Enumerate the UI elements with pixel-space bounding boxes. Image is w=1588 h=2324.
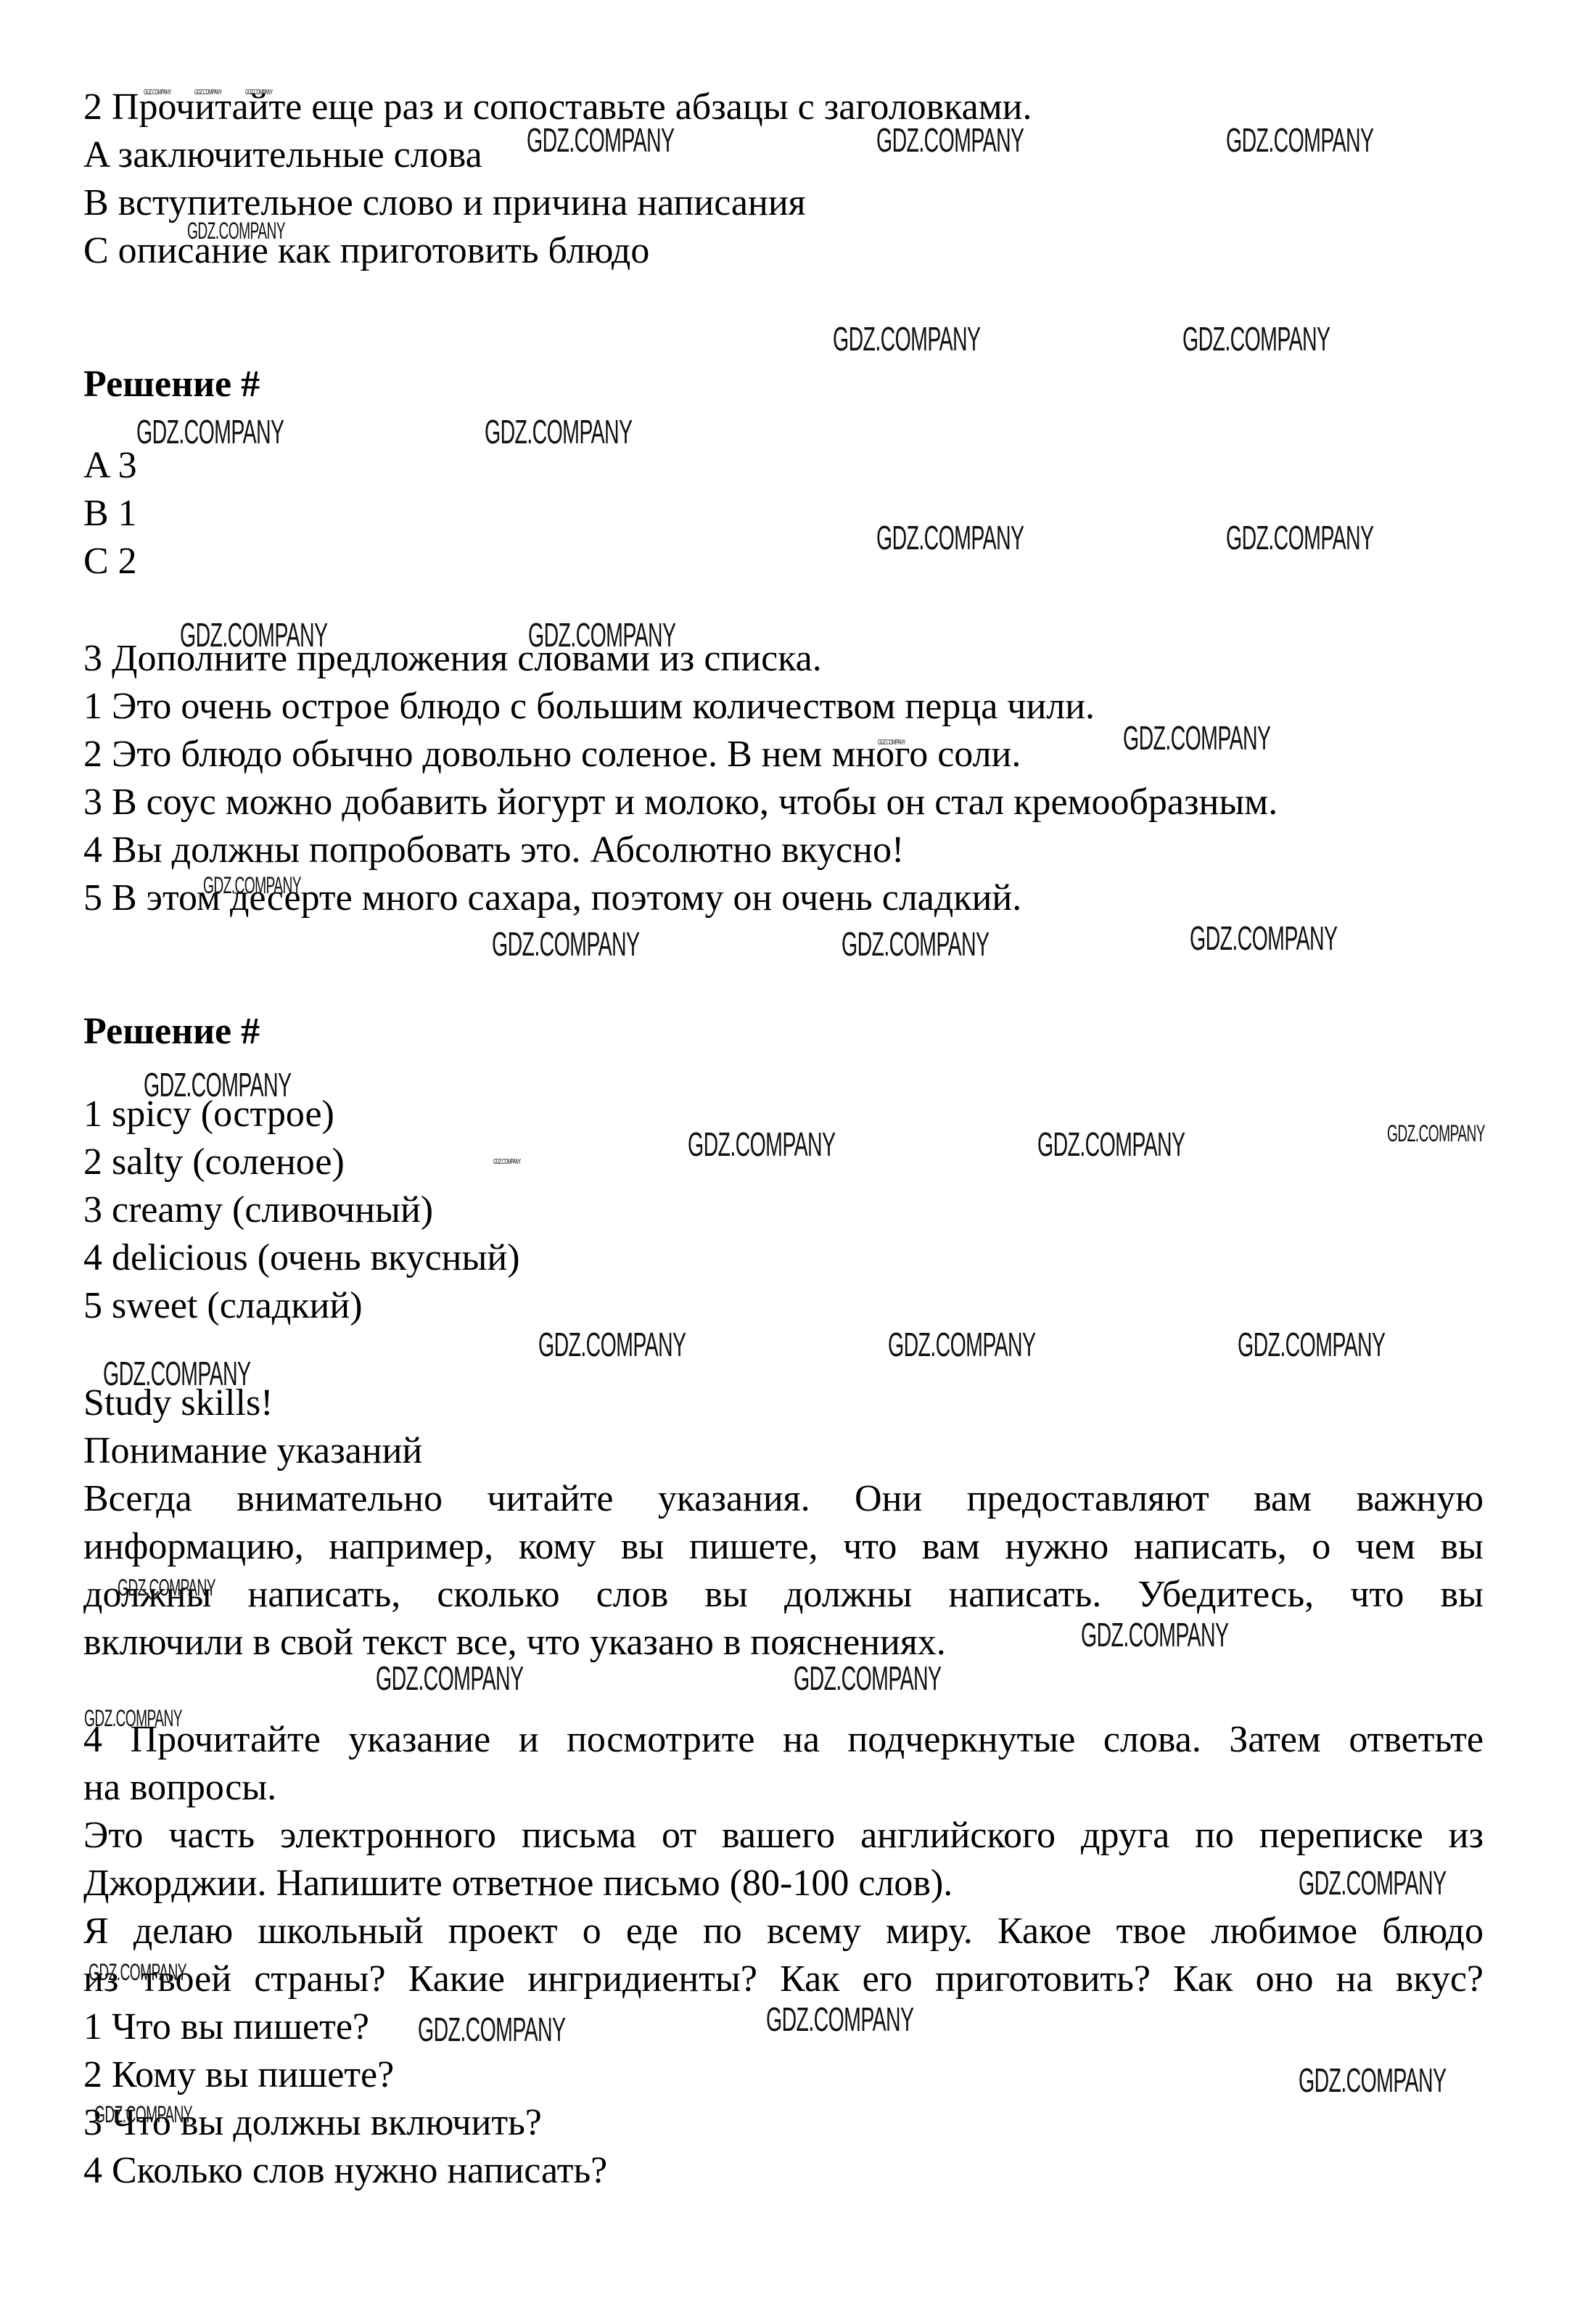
task-3-answer-3: 3 creamy (сливочный)	[83, 1188, 433, 1232]
watermark: GDZ.COMPANY	[180, 615, 327, 654]
watermark: GDZ.COMPANY	[84, 1705, 182, 1732]
task-4-question-1: 1 Что вы пишете?	[83, 2005, 369, 2049]
study-skills-paragraph-line-2: информацию, например, кому вы пишете, чт…	[83, 1525, 1484, 1569]
task-3-answer-4: 4 delicious (очень вкусный)	[83, 1236, 520, 1280]
watermark: GDZ.COMPANY	[144, 1065, 291, 1104]
watermark: GDZ.COMPANY	[187, 218, 285, 245]
watermark: GDZ.COMPANY	[144, 89, 171, 97]
watermark: GDZ.COMPANY	[527, 120, 674, 160]
solution-heading-3: Решение #	[83, 1010, 260, 1054]
watermark: GDZ.COMPANY	[89, 1959, 186, 1986]
watermark: GDZ.COMPANY	[1299, 2061, 1446, 2100]
watermark: GDZ.COMPANY	[1081, 1615, 1228, 1654]
watermark: GDZ.COMPANY	[794, 1659, 941, 1698]
task-2-item-a: A заключительные слова	[83, 134, 482, 177]
watermark: GDZ.COMPANY	[485, 412, 632, 451]
watermark: GDZ.COMPANY	[492, 924, 639, 964]
solution-heading-2: Решение #	[83, 363, 260, 406]
document-page: 2 Прочитайте еще раз и сопоставьте абзац…	[0, 0, 1588, 2324]
watermark: GDZ.COMPANY	[842, 924, 989, 964]
watermark: GDZ.COMPANY	[1123, 718, 1270, 757]
watermark: GDZ.COMPANY	[538, 1325, 686, 1364]
task-2-answer-a: A 3	[83, 444, 137, 488]
watermark: GDZ.COMPANY	[878, 739, 905, 747]
study-skills-paragraph-line-1: Всегда внимательно читайте указания. Они…	[83, 1477, 1484, 1521]
watermark: GDZ.COMPANY	[1037, 1125, 1185, 1164]
watermark: GDZ.COMPANY	[376, 1659, 523, 1698]
study-skills-paragraph-line-4: включили в свой текст все, что указано в…	[83, 1621, 946, 1664]
study-skills-paragraph-line-3: должны написать, сколько слов вы должны …	[83, 1573, 1484, 1617]
watermark: GDZ.COMPANY	[833, 319, 980, 358]
watermark: GDZ.COMPANY	[245, 89, 273, 97]
watermark: GDZ.COMPANY	[203, 872, 301, 899]
task-4-email-line-1: Я делаю школьный проект о еде по всему м…	[83, 1910, 1484, 1953]
watermark: GDZ.COMPANY	[1238, 1325, 1385, 1364]
task-4-email-line-2: из твоей страны? Какие ингридиенты? Как …	[83, 1958, 1484, 2001]
task-4-question-2: 2 Кому вы пишете?	[83, 2053, 394, 2097]
task-2-answer-c: C 2	[83, 540, 137, 583]
task-3-answer-5: 5 sweet (сладкий)	[83, 1284, 363, 1328]
watermark: GDZ.COMPANY	[103, 1354, 250, 1393]
task-3-item-3: 3 В соус можно добавить йогурт и молоко,…	[83, 781, 1278, 824]
study-skills-subtitle: Понимание указаний	[83, 1429, 422, 1473]
watermark: GDZ.COMPANY	[1387, 1120, 1485, 1147]
watermark: GDZ.COMPANY	[136, 412, 284, 451]
watermark: GDZ.COMPANY	[118, 1574, 215, 1601]
watermark: GDZ.COMPANY	[418, 2010, 565, 2049]
watermark: GDZ.COMPANY	[876, 518, 1024, 557]
task-4-question-4: 4 Сколько слов нужно написать?	[83, 2149, 607, 2193]
task-3-item-4: 4 Вы должны попробовать это. Абсолютно в…	[83, 829, 904, 872]
task-2-answer-b: B 1	[83, 492, 137, 535]
watermark: GDZ.COMPANY	[94, 2101, 192, 2128]
task-2-item-c: C описание как приготовить блюдо	[83, 229, 649, 273]
watermark: GDZ.COMPANY	[876, 120, 1024, 160]
watermark: GDZ.COMPANY	[1182, 319, 1330, 358]
watermark: GDZ.COMPANY	[1226, 518, 1373, 557]
watermark: GDZ.COMPANY	[1226, 120, 1373, 160]
watermark: GDZ.COMPANY	[766, 2000, 913, 2039]
task-3-answer-2: 2 salty (соленое)	[83, 1141, 345, 1184]
watermark: GDZ.COMPANY	[1299, 1863, 1446, 1902]
task-4-heading-line-2: на вопросы.	[83, 1766, 276, 1810]
watermark: GDZ.COMPANY	[528, 615, 675, 654]
watermark: GDZ.COMPANY	[888, 1325, 1035, 1364]
watermark: GDZ.COMPANY	[688, 1125, 835, 1164]
watermark: GDZ.COMPANY	[493, 1158, 521, 1166]
task-4-instruction-line-2: Джорджии. Напишите ответное письмо (80-1…	[83, 1862, 953, 1905]
task-3-item-1: 1 Это очень острое блюдо с большим колич…	[83, 685, 1095, 728]
task-4-heading-line-1: 4 Прочитайте указание и посмотрите на по…	[83, 1718, 1484, 1762]
watermark: GDZ.COMPANY	[1190, 919, 1337, 958]
task-4-instruction-line-1: Это часть электронного письма от вашего …	[83, 1814, 1484, 1857]
watermark: GDZ.COMPANY	[194, 89, 222, 97]
